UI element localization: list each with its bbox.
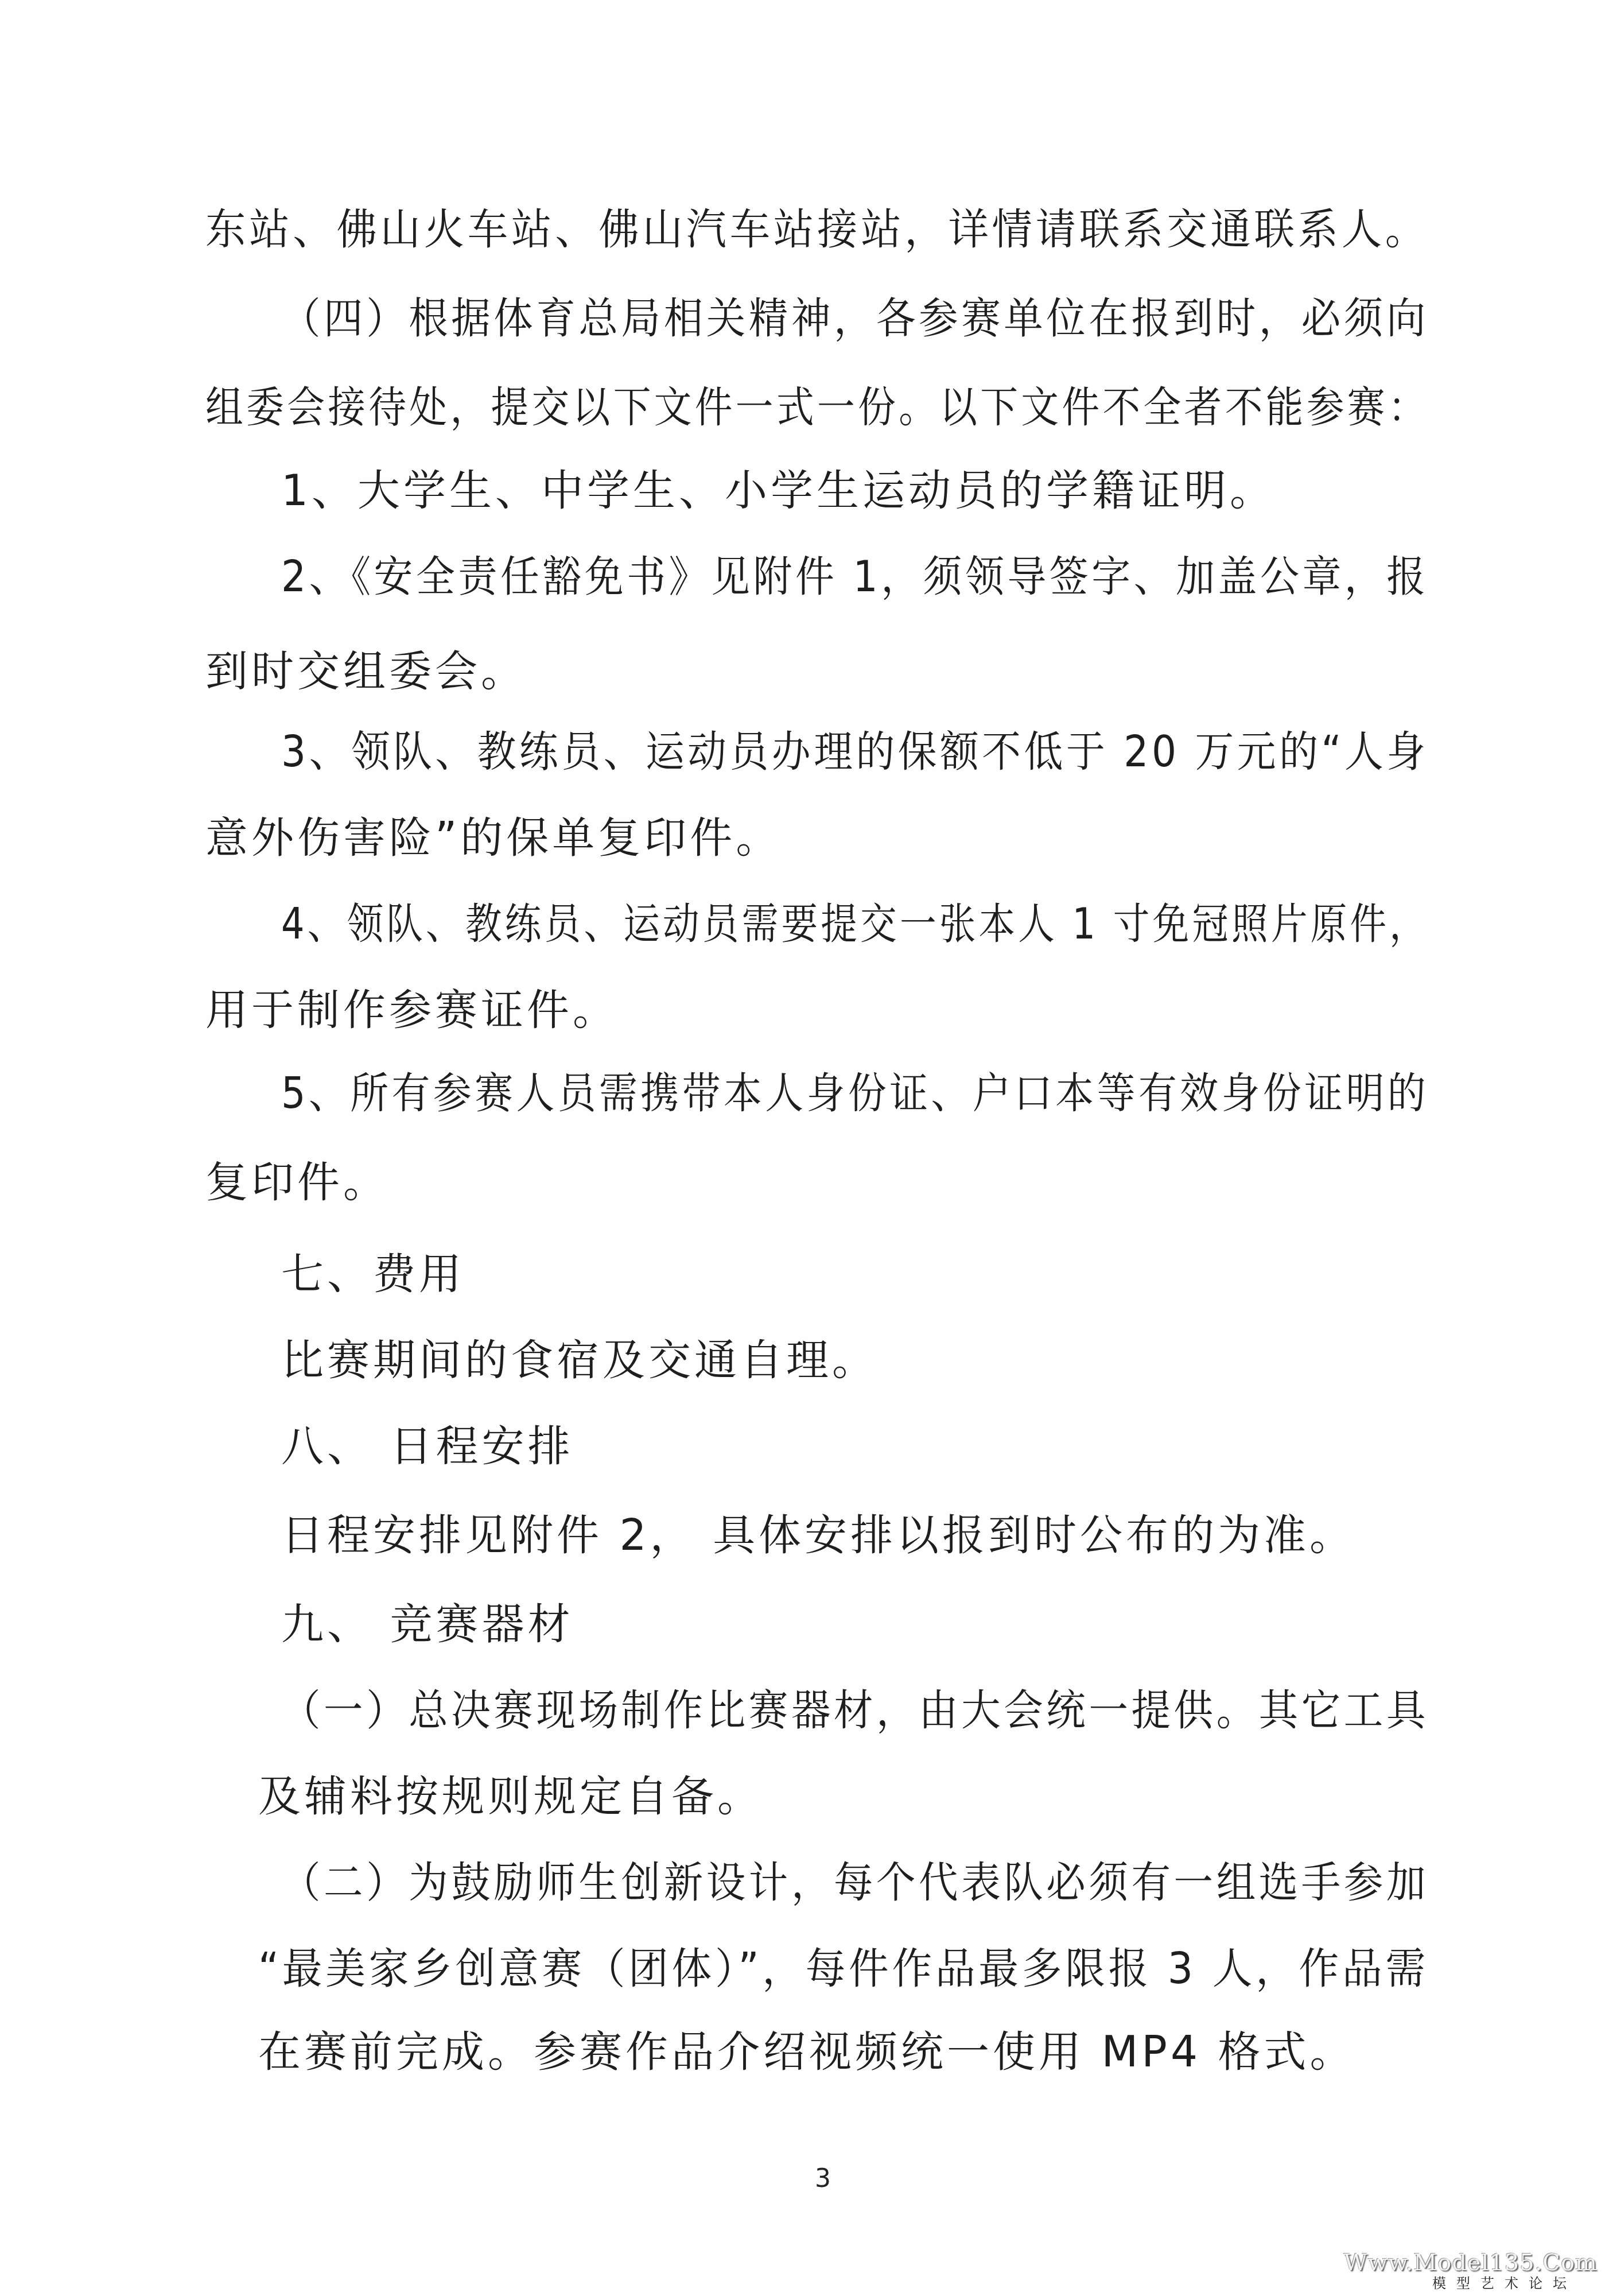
paragraph-equipment-2-cont2: 在赛前完成。参赛作品介绍视频统一使用 MP4 格式。 — [258, 2026, 1356, 2078]
list-item-5-cont: 复印件。 — [205, 1157, 389, 1208]
list-item-2-cont: 到时交组委会。 — [205, 646, 527, 697]
list-item-1: 1、大学生、中学生、小学生运动员的学籍证明。 — [281, 465, 1276, 517]
page-number: 3 — [815, 2164, 831, 2193]
list-item-5: 5、所有参赛人员需携带本人身份证、户口本等有效身份证明的 — [281, 1068, 1429, 1119]
paragraph-schedule: 日程安排见附件 2， 具体安排以报到时公布的为准。 — [281, 1510, 1355, 1561]
watermark: Www.Model135.Com 模型艺术论坛 — [1344, 2250, 1598, 2291]
document-page: 东站、佛山火车站、佛山汽车站接站，详情请联系交通联系人。 （四）根据体育总局相关… — [0, 0, 1609, 2296]
paragraph-line-transport-cont: 东站、佛山火车站、佛山汽车站接站，详情请联系交通联系人。 — [205, 204, 1429, 255]
paragraph-equipment-2-cont: “最美家乡创意赛（团体）”，每件作品最多限报 3 人，作品需 — [258, 1943, 1429, 1995]
list-item-3-cont: 意外伤害险”的保单复印件。 — [205, 812, 782, 864]
section-heading-equipment: 九、 竞赛器材 — [281, 1599, 574, 1650]
list-item-4-cont: 用于制作参赛证件。 — [205, 984, 619, 1036]
paragraph-equipment-2: （二）为鼓励师生创新设计，每个代表队必须有一组选手参加 — [281, 1857, 1429, 1909]
watermark-label: 模型艺术论坛 — [1344, 2275, 1577, 2291]
list-item-3: 3、领队、教练员、运动员办理的保额不低于 20 万元的“人身 — [281, 726, 1429, 778]
paragraph-fees: 比赛期间的食宿及交通自理。 — [281, 1335, 878, 1386]
section-heading-schedule: 八、 日程安排 — [281, 1421, 574, 1472]
section-heading-fees: 七、费用 — [281, 1248, 465, 1300]
list-item-4: 4、领队、教练员、运动员需要提交一张本人 1 寸免冠照片原件， — [281, 898, 1429, 950]
list-item-2: 2、《安全责任豁免书》见附件 1，须领导签字、加盖公章，报 — [281, 551, 1429, 603]
paragraph-line-section-four: （四）根据体育总局相关精神，各参赛单位在报到时，必须向 — [281, 293, 1429, 344]
paragraph-equipment-1: （一）总决赛现场制作比赛器材，由大会统一提供。其它工具 — [281, 1685, 1429, 1736]
paragraph-line-section-four-cont: 组委会接待处，提交以下文件一式一份。以下文件不全者不能参赛： — [205, 382, 1429, 433]
watermark-url: Www.Model135.Com — [1344, 2250, 1598, 2275]
paragraph-equipment-1-cont: 及辅料按规则规定自备。 — [258, 1771, 763, 1822]
